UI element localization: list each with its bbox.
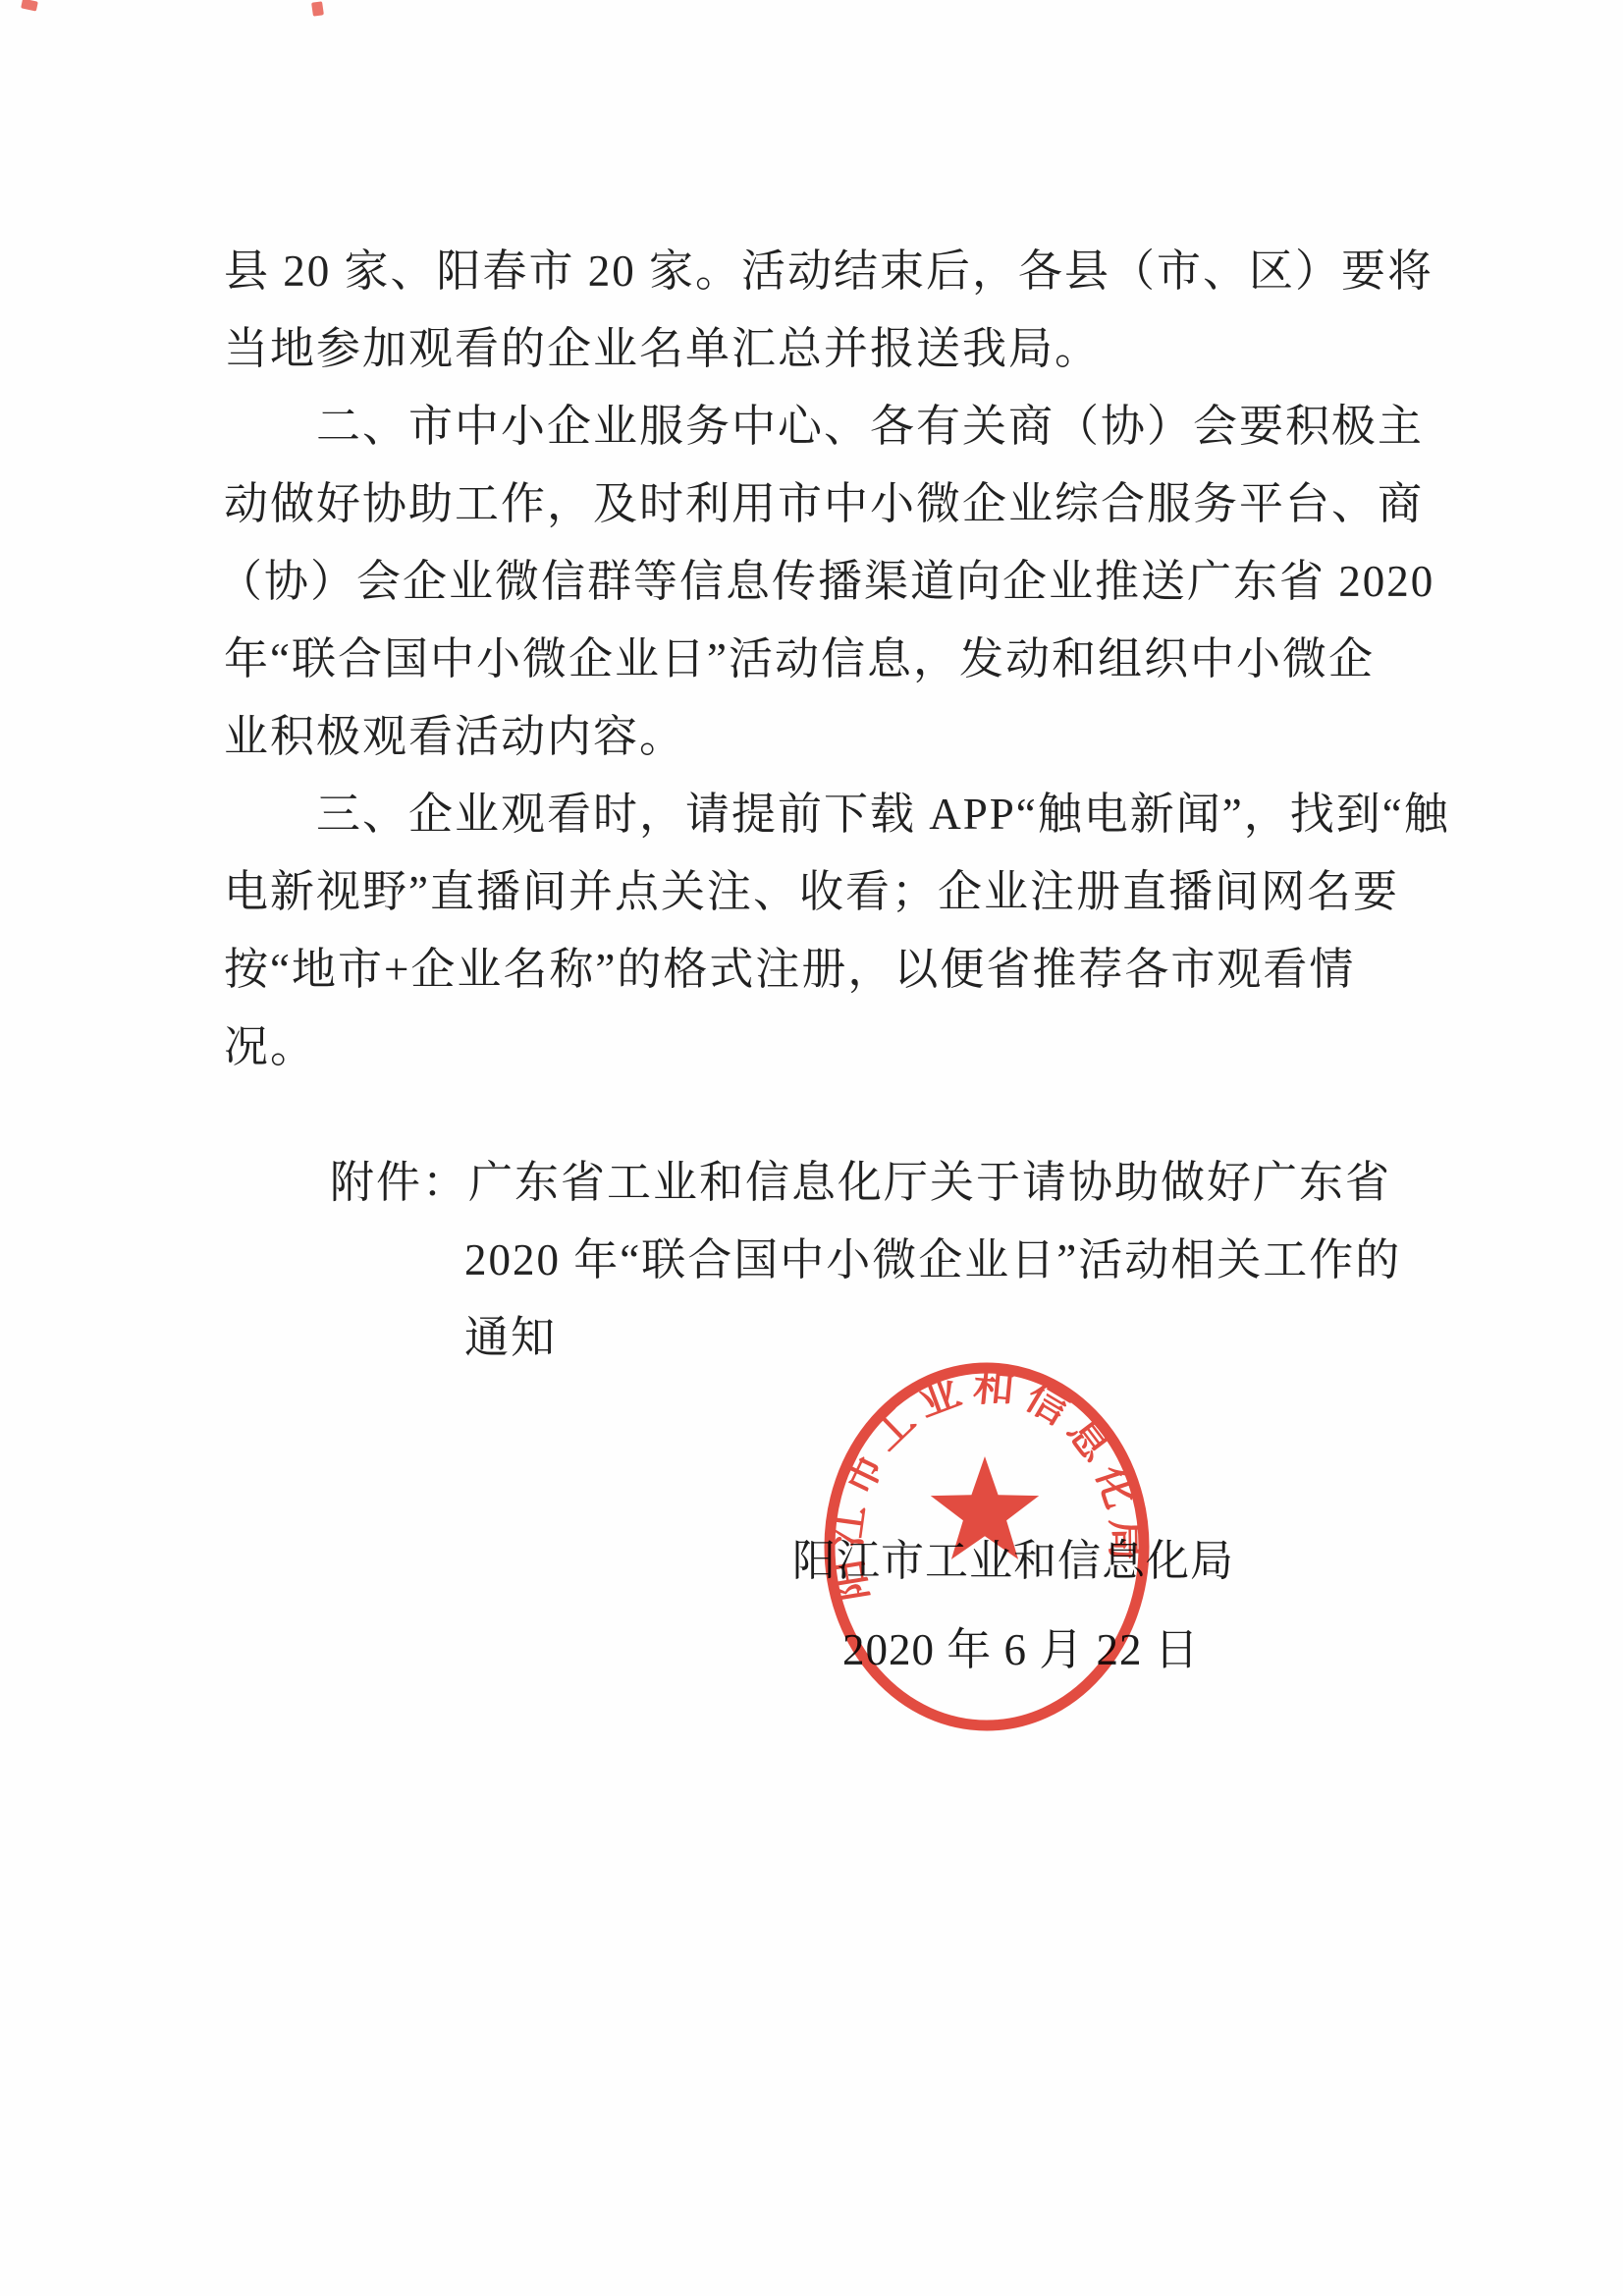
body-line: 年“联合国中小微企业日”活动信息，发动和组织中小微企 [224,637,1375,682]
body-line: （协）会企业微信群等信息传播渠道向企业推送广东省 2020 [218,560,1434,604]
body-line: 电新视野”直播间并点关注、收看；企业注册直播间网名要 [224,870,1399,914]
body-line: 按“地市+企业名称”的格式注册，以便省推荐各市观看情 [224,948,1355,992]
signature-date: 2020 年 6 月 22 日 [842,1628,1200,1672]
signature-org: 阳江市工业和信息化局 [792,1540,1234,1583]
attachment-line: 2020 年“联合国中小微企业日”活动相关工作的 [464,1238,1401,1283]
body-line: 况。 [224,1025,316,1069]
body-line: 二、市中小企业服务中心、各有关商（协）会要积极主 [316,405,1424,449]
body-line: 三、企业观看时，请提前下载 APP“触电新闻”，找到“触 [316,793,1450,837]
ink-speck [21,0,38,12]
body-line: 业积极观看活动内容。 [224,715,685,759]
body-line: 动做好协助工作，及时利用市中小微企业综合服务平台、商 [224,482,1424,526]
attachment-line: 附件：广东省工业和信息化厅关于请协助做好广东省 [330,1161,1391,1205]
body-line: 县 20 家、阳春市 20 家。活动结束后，各县（市、区）要将 [224,249,1434,294]
scanned-notice-page: 县 20 家、阳春市 20 家。活动结束后，各县（市、区）要将 当地参加观看的企… [0,0,1623,2296]
attachment-line: 通知 [464,1316,557,1360]
ink-speck [311,1,324,16]
body-line: 当地参加观看的企业名单汇总并报送我局。 [224,327,1101,371]
